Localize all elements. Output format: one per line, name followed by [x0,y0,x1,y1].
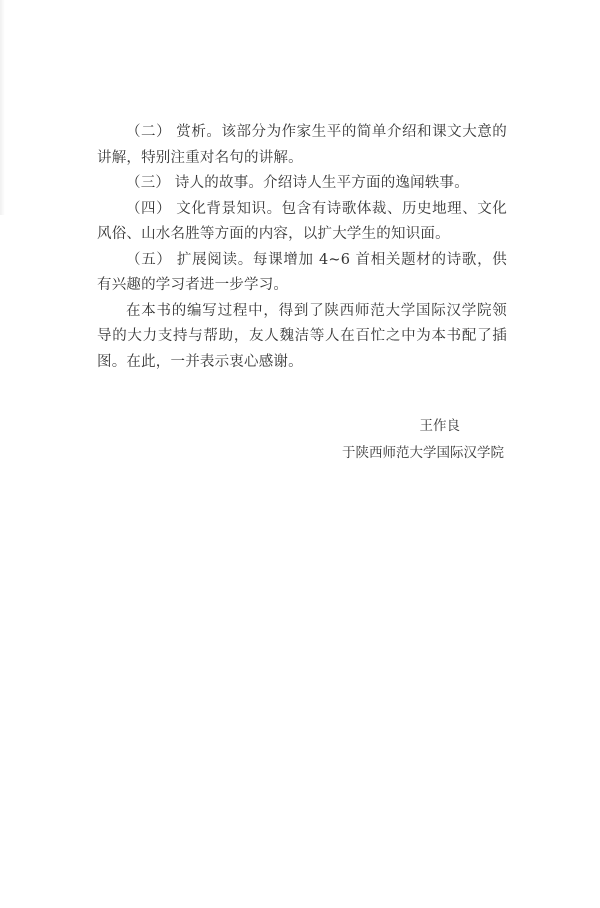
document-body: （二） 赏析。该部分为作家生平的简单介绍和课文大意的讲解，特别注重对名句的讲解。… [97,120,507,375]
paragraph-acknowledgements: 在本书的编写过程中，得到了陕西师范大学国际汉学院领导的大力支持与帮助，友人魏洁等… [97,299,507,376]
paragraph-poet-stories: （三） 诗人的故事。介绍诗人生平方面的逸闻轶事。 [97,171,507,197]
paragraph-cultural-background: （四） 文化背景知识。包含有诗歌体裁、历史地理、文化风俗、山水名胜等方面的内容，… [97,197,507,248]
paragraph-appreciation: （二） 赏析。该部分为作家生平的简单介绍和课文大意的讲解，特别注重对名句的讲解。 [97,120,507,171]
page-edge-shadow [0,0,5,215]
paragraph-extended-reading: （五） 扩展阅读。每课增加 4~6 首相关题材的诗歌，供有兴趣的学习者进一步学习… [97,248,507,299]
author-affiliation: 于陕西师范大学国际汉学院 [342,440,504,467]
author-name: 王作良 [342,413,504,440]
signature-block: 王作良 于陕西师范大学国际汉学院 [342,413,504,467]
